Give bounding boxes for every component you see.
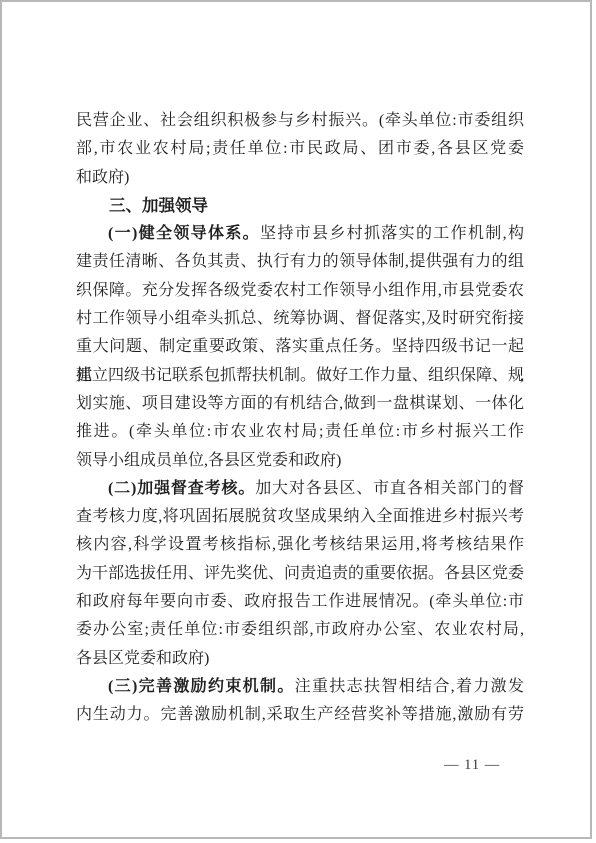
- body-line: 核内容,科学设置考核指标,强化考核结果运用,将考核结果作: [76, 531, 524, 559]
- body-line: 领导小组成员单位,各县区党委和政府): [76, 447, 524, 475]
- body-line: 和政府每年要向市委、政府报告工作进展情况。(牵头单位:市: [76, 588, 524, 616]
- body-line: 和政府): [76, 164, 524, 192]
- body-line: 各县区党委和政府): [76, 645, 524, 673]
- body-line: 内生动力。完善激励机制,采取生产经营奖补等措施,激励有劳: [76, 701, 524, 729]
- body-line: 建责任清晰、各负其责、执行有力的领导体制,提供强有力的组: [76, 248, 524, 276]
- body-line-text: 注重扶志扶智相结合,着力激发: [295, 678, 524, 695]
- body-line: (二)加强督查考核。加大对各县区、市直各相关部门的督: [76, 475, 524, 503]
- section-lead: (一)健全领导体系。: [108, 225, 260, 242]
- body-line-text: 坚持市县乡村抓落实的工作机制,构: [260, 225, 524, 242]
- body-line-text: 加大对各县区、市直各相关部门的督: [255, 480, 524, 497]
- body-line: 织保障。充分发挥各级党委农村工作领导小组作用,市县党委农: [76, 277, 524, 305]
- body-line: 推进。(牵头单位:市农业农村局;责任单位:市乡村振兴工作: [76, 418, 524, 446]
- section-heading: 三、加强领导: [76, 192, 524, 220]
- body-line: 委办公室;责任单位:市委组织部,市政府办公室、农业农村局,: [76, 616, 524, 644]
- section-lead: (三)完善激励约束机制。: [108, 678, 295, 695]
- body-line: (三)完善激励约束机制。注重扶志扶智相结合,着力激发: [76, 673, 524, 701]
- body-line: 建立四级书记联系包抓帮扶机制。做好工作力量、组织保障、规: [76, 362, 524, 390]
- body-line: 重大问题、制定重要政策、落实重点任务。坚持四级书记一起抓,: [76, 333, 524, 361]
- section-lead: (二)加强督查考核。: [108, 480, 255, 497]
- page-number: — 11 —: [444, 757, 500, 774]
- document-page: 民营企业、社会组织积极参与乡村振兴。(牵头单位:市委组织 部,市农业农村局;责任…: [0, 0, 592, 839]
- body-line: 村工作领导小组牵头抓总、统筹协调、督促落实,及时研究衔接: [76, 305, 524, 333]
- document-body: 民营企业、社会组织积极参与乡村振兴。(牵头单位:市委组织 部,市农业农村局;责任…: [76, 107, 524, 730]
- body-line: (一)健全领导体系。坚持市县乡村抓落实的工作机制,构: [76, 220, 524, 248]
- body-line: 为干部选拔任用、评先奖优、问责追责的重要依据。各县区党委: [76, 560, 524, 588]
- body-line: 划实施、项目建设等方面的有机结合,做到一盘棋谋划、一体化: [76, 390, 524, 418]
- body-line: 查考核力度,将巩固拓展脱贫攻坚成果纳入全面推进乡村振兴考: [76, 503, 524, 531]
- body-line: 部,市农业农村局;责任单位:市民政局、团市委,各县区党委: [76, 135, 524, 163]
- body-line: 民营企业、社会组织积极参与乡村振兴。(牵头单位:市委组织: [76, 107, 524, 135]
